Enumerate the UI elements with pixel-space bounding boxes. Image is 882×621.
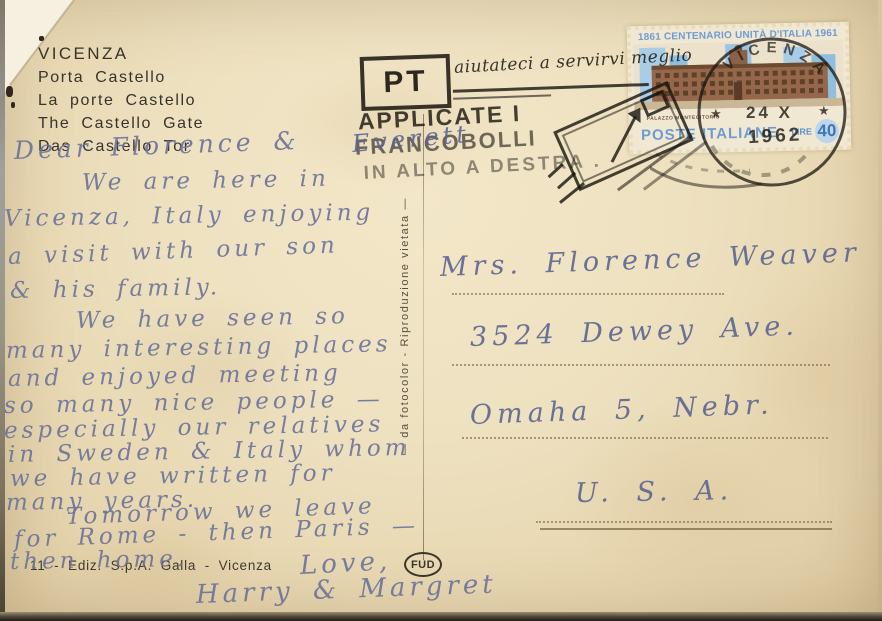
place-title: VICENZA — [38, 42, 204, 66]
scan-edge-left — [0, 0, 5, 612]
postmark-day-month: 24 X — [746, 103, 793, 122]
caption-line-fr: La porte Castello — [38, 89, 204, 112]
message-line: We are here in — [82, 166, 330, 196]
message-line: & his family. — [10, 274, 221, 304]
svg-text:VICENZA: VICENZA — [720, 39, 833, 81]
postmark-star-right: ★ — [818, 103, 830, 118]
pt-box: PT — [360, 54, 452, 111]
ink-speck — [11, 102, 15, 108]
postmark-star-left: ★ — [710, 106, 722, 121]
message-line: then home. — [10, 546, 189, 575]
circular-postmark: VICENZA ★ ★ 24 X 1962 — [650, 14, 882, 209]
address-rule — [452, 364, 830, 366]
address-rule — [462, 437, 828, 439]
ink-speck — [6, 86, 13, 97]
postcard-scan: VICENZA Porta Castello La porte Castello… — [0, 0, 882, 621]
slogan-cancel: PT aiutateci a servirvi meglio APPLICATE… — [347, 37, 662, 208]
address-rule — [536, 521, 832, 523]
scan-edge-bottom — [0, 612, 882, 621]
postmark-town: VICENZA — [720, 39, 833, 81]
address-rule — [452, 293, 724, 295]
caption-line-it: Porta Castello — [38, 66, 204, 89]
address-rule-underline — [540, 528, 832, 530]
message-line: We have seen so — [76, 303, 349, 334]
fotocolor-logo: FUD — [404, 552, 442, 577]
ink-speck — [39, 36, 44, 41]
postmark-year: 1962 — [748, 124, 803, 148]
address-country: U. S. A. — [575, 475, 734, 509]
